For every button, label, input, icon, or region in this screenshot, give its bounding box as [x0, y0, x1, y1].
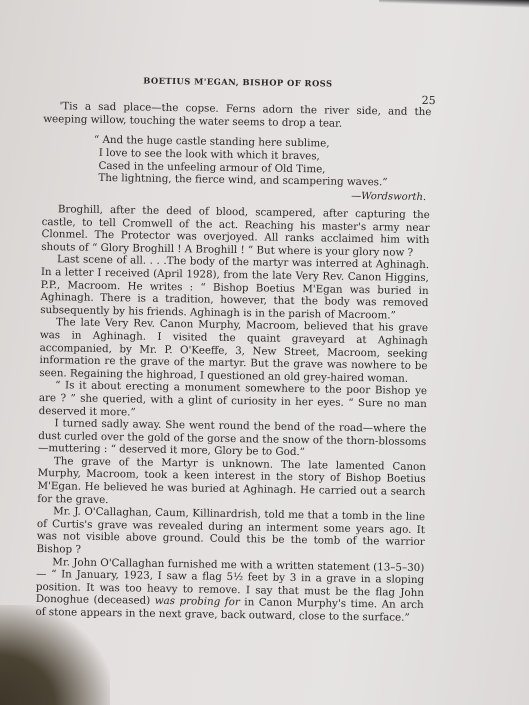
page-gutter-shadow [0, 605, 110, 705]
paragraph: I turned sadly away. She went round the … [38, 417, 427, 461]
poem-quote: “ And the huge castle standing here subl… [98, 134, 431, 190]
running-title: BOETIUS M'EGAN, BISHOP OF ROSS [44, 74, 432, 90]
paragraph: The late Very Rev. Canon Murphy, Macroom… [39, 316, 428, 385]
paragraph: Last scene of all. . . .The body of the … [40, 253, 429, 322]
paragraph: “ Is it about erecting a monument somewh… [39, 379, 428, 423]
paragraph: Mr. J. O'Callaghan, Caum, Killinardrish,… [36, 505, 425, 561]
book-edge-shadow [379, 0, 529, 8]
final-paragraph: Mr. John O'Callaghan furnished me with a… [35, 556, 424, 625]
paragraph: Broghill, after the deed of blood, scamp… [41, 203, 430, 259]
paragraph: The grave of the Martyr is unknown. The … [37, 455, 426, 511]
page-number: 25 [422, 94, 436, 107]
book-page: BOETIUS M'EGAN, BISHOP OF ROSS 25 'Tis a… [35, 74, 432, 625]
opening-paragraph: 'Tis a sad place—the copse. Ferns adorn … [43, 100, 431, 131]
statement-italic: was probing for [155, 595, 240, 608]
